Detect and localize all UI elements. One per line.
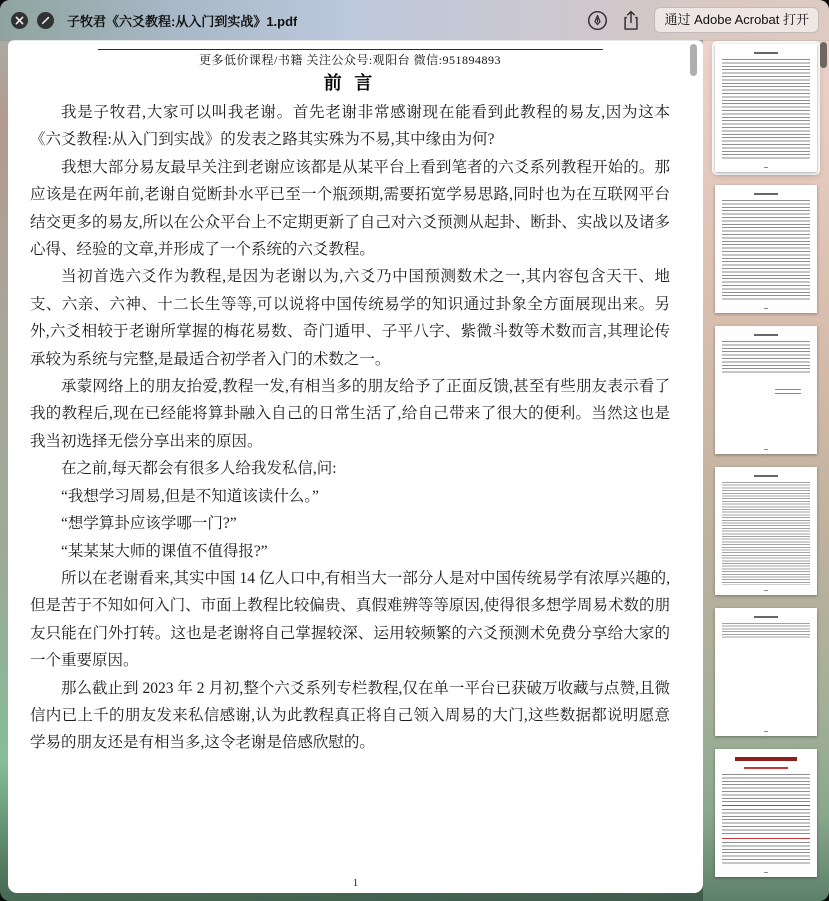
page-thumbnail-preview xyxy=(715,467,817,595)
window-title: 子牧君《六爻教程:从入门到实战》1.pdf xyxy=(67,11,297,30)
thumb-signature-lines xyxy=(775,389,801,397)
close-button[interactable] xyxy=(11,12,28,29)
share-icon xyxy=(622,10,640,31)
document-scrollbar-thumb[interactable] xyxy=(690,44,697,76)
page-thumbnail-preview xyxy=(715,749,817,877)
thumb-text-lines xyxy=(722,59,810,160)
page-header-text: 更多低价课程/书籍 关注公众号:观阳台 微信:951894893 xyxy=(30,51,670,68)
annotate-button[interactable] xyxy=(587,10,608,31)
thumb-pagenum-mark xyxy=(764,872,768,873)
pdf-page-content: 更多低价课程/书籍 关注公众号:观阳台 微信:951894893 前 言 我是子… xyxy=(8,40,703,893)
paragraph: 承蒙网络上的朋友抬爱,教程一发,有相当多的朋友给予了正面反馈,甚至有些朋友表示看… xyxy=(30,373,670,455)
paragraph: “我想学习周易,但是不知道该读什么。” xyxy=(30,483,670,510)
thumbnail-sidebar xyxy=(703,40,829,901)
paragraph: “想学算卦应该学哪一门?” xyxy=(30,510,670,537)
page-thumbnail[interactable] xyxy=(715,608,817,736)
paragraph: “某某某大师的课值不值得报?” xyxy=(30,538,670,565)
thumb-pagenum-mark xyxy=(764,308,768,309)
page-number: 1 xyxy=(8,877,703,889)
page-thumbnail[interactable] xyxy=(715,185,817,313)
paragraph: 我是子牧君,大家可以叫我老谢。首先老谢非常感谢现在能看到此教程的易友,因为这本《… xyxy=(30,99,670,154)
thumb-pagenum-mark xyxy=(764,731,768,732)
thumb-text-lines xyxy=(722,200,810,301)
markup-pen-icon xyxy=(587,10,608,31)
page-thumbnail[interactable] xyxy=(715,467,817,595)
page-thumbnail-preview xyxy=(715,185,817,313)
thumb-red-heading-line xyxy=(722,805,810,806)
page-thumbnail[interactable] xyxy=(715,326,817,454)
page-thumbnail-preview xyxy=(715,608,817,736)
document-title: 前 言 xyxy=(30,69,670,95)
pdf-page-panel[interactable]: 更多低价课程/书籍 关注公众号:观阳台 微信:951894893 前 言 我是子… xyxy=(8,40,703,893)
thumb-pagenum-mark xyxy=(764,167,768,168)
thumbnail-list xyxy=(703,40,829,877)
thumb-toc-lines xyxy=(722,482,810,585)
titlebar: 子牧君《六爻教程:从入门到实战》1.pdf 通过 Adobe Acrobat 打… xyxy=(0,0,829,40)
paragraph: 那么截止到 2023 年 2 月初,整个六爻系列专栏教程,仅在单一平台已获破万收… xyxy=(30,675,670,757)
quicklook-window: 子牧君《六爻教程:从入门到实战》1.pdf 通过 Adobe Acrobat 打… xyxy=(0,0,829,901)
paragraph: 所以在老谢看来,其实中国 14 亿人口中,有相当大一部分人是对中国传统易学有浓厚… xyxy=(30,565,670,675)
thumb-pagenum-mark xyxy=(764,449,768,450)
thumb-pagenum-mark xyxy=(764,590,768,591)
thumb-header-rule xyxy=(754,193,778,195)
page-thumbnail[interactable] xyxy=(715,44,817,172)
thumb-chapter-title xyxy=(735,757,797,761)
sidebar-scrollbar-thumb[interactable] xyxy=(820,42,827,68)
open-in-acrobat-button[interactable]: 通过 Adobe Acrobat 打开 xyxy=(654,7,819,33)
thumb-header-rule xyxy=(754,52,778,54)
pencil-slash-icon xyxy=(41,16,50,25)
thumb-header-rule xyxy=(754,334,778,336)
paragraph: 当初首选六爻作为教程,是因为老谢以为,六爻乃中国预测数术之一,其内容包含天干、地… xyxy=(30,263,670,373)
thumb-header-rule xyxy=(754,475,778,477)
thumb-text-lines xyxy=(722,809,810,835)
thumb-toc-lines xyxy=(722,623,810,639)
titlebar-left: 子牧君《六爻教程:从入门到实战》1.pdf xyxy=(0,11,587,30)
thumb-header-rule xyxy=(754,616,778,618)
titlebar-right: 通过 Adobe Acrobat 打开 xyxy=(587,7,829,33)
thumb-text-lines xyxy=(722,774,810,802)
thumb-text-lines xyxy=(722,842,810,864)
thumb-text-lines xyxy=(722,341,810,373)
markup-pencil-button[interactable] xyxy=(37,12,54,29)
thumb-chapter-subtitle xyxy=(744,767,788,769)
document-body: 我是子牧君,大家可以叫我老谢。首先老谢非常感谢现在能看到此教程的易友,因为这本《… xyxy=(30,99,670,757)
paragraph: 在之前,每天都会有很多人给我发私信,问: xyxy=(30,455,670,482)
thumb-red-heading-line xyxy=(722,838,810,839)
paragraph: 我想大部分易友最早关注到老谢应该都是从某平台上看到笔者的六爻系列教程开始的。那应… xyxy=(30,154,670,264)
page-thumbnail[interactable] xyxy=(715,749,817,877)
page-thumbnail-preview xyxy=(715,44,817,172)
page-thumbnail-preview xyxy=(715,326,817,454)
close-icon xyxy=(15,16,24,25)
header-rule xyxy=(98,49,603,50)
share-button[interactable] xyxy=(622,10,640,31)
